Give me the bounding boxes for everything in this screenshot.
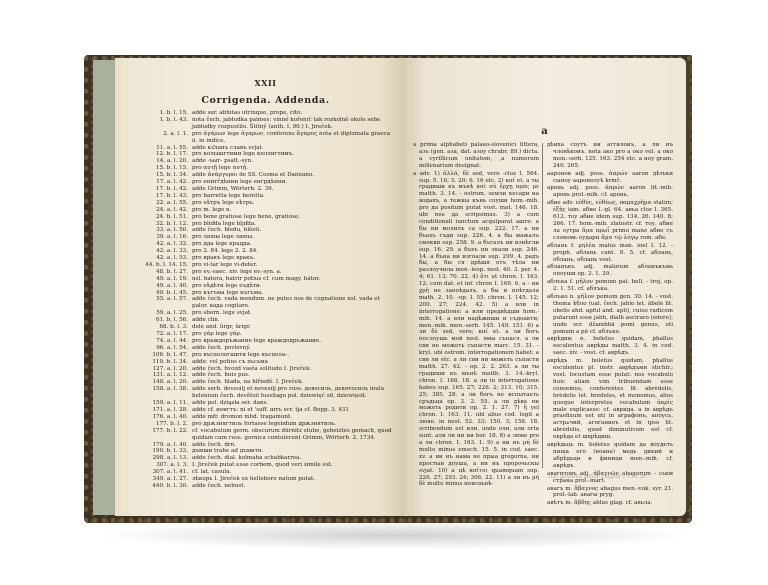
- entry-reference: 32. b. l. 12.: [140, 221, 192, 228]
- entry-reference: 22. a. l. 55.: [140, 200, 192, 207]
- entry-reference: 17. b. l. 43.: [140, 193, 192, 200]
- entry-reference: 48. b. l. 27.: [140, 269, 192, 276]
- entry-reference: 127. a. l. 20.: [140, 366, 192, 373]
- entry-text: adde cf. неигтъ: ni et 'suff. штъ scr. t…: [192, 407, 395, 414]
- corrigenda-entry: 349. a. l. 27.лѣкорь I. Jireček ex helle…: [140, 476, 395, 483]
- entry-text: nota čech. jabłudka palmes: vinné kořeni…: [192, 117, 395, 131]
- corrigenda-entry: 49. a. l. 40.pro еѣдѣти lege еъдѣти.: [140, 283, 395, 290]
- corrigenda-entry: 1. b. l. 15.adde ser. abhitas utrinque, …: [140, 110, 395, 117]
- entry-reference: 17. b. l. 42.: [140, 186, 192, 193]
- corrigenda-entry: 158. a. l. 38.adde serb. devesilj et nev…: [140, 386, 395, 400]
- entry-reference: 1. b. l. 43.: [140, 117, 192, 131]
- entry-text: pro bene gratiose lege bene, gratiose.: [192, 214, 395, 221]
- entry-text: pro ev.-saec. xiv. lege ev.-syn. a.: [192, 269, 395, 276]
- entry-text: pro barretta lege beretta.: [192, 193, 395, 200]
- entry-reference: 49. a. l. 19.: [140, 276, 192, 283]
- entry-reference: 119. b. l. 34.: [140, 359, 192, 366]
- entry-text: adde čech. povlovný.: [192, 345, 395, 352]
- entry-text: adde čech. hlada, na hlřiedě. I. Jireček…: [192, 379, 395, 386]
- corrigenda-entry: 42. a. l. 53.pro вракъ lege вракъ.: [140, 255, 395, 262]
- corrigenda-entry: 171. a. l. 28.adde cf. неигтъ: ni et 'su…: [140, 407, 395, 414]
- entry-text: I. Jireček putat esse corbem, quod veri …: [192, 462, 395, 469]
- entry-reference: 1. b. l. 15.: [140, 110, 192, 117]
- corrigenda-entry: 55. a. l. 57.adde čech. vada mendum. ne …: [140, 296, 395, 310]
- corrigenda-entry: 17. b. l. 43.pro barretta lege beretta.: [140, 193, 395, 200]
- entry-text: pro люпы lege люпы.: [192, 234, 395, 241]
- entry-reference: 176. a. l. 40.: [140, 414, 192, 421]
- entry-reference: 24. b. l. 51.: [140, 214, 192, 221]
- dictionary-entry: аблъка f. μῆλον pomum pat. bell. - troj.…: [547, 279, 673, 293]
- corrigenda-entry: 61. b. l. 56.adde clin.: [140, 317, 395, 324]
- entry-text: pro дрѫзнягтиль fortasse legendum дрѫзня…: [192, 421, 395, 428]
- corrigenda-entry: 22. a. l. 55.pro еѣтръ lege еѣтръ.: [140, 200, 395, 207]
- entry-reference: 2. a. l. 1.: [140, 131, 192, 145]
- corrigenda-entry: 307. a. l. 41.cf. lat. casula.: [140, 469, 395, 476]
- entry-reference: 42. a. l. 33.: [140, 248, 192, 255]
- entry-reference: 17. a. l. 42.: [140, 179, 192, 186]
- corrigenda-entry: 1. b. l. 43.nota čech. jabłudka palmes: …: [140, 117, 395, 131]
- entry-reference: 49. a. l. 40.: [140, 283, 192, 290]
- corrigenda-entry: 24. a. l. 42.pro m. lege n.: [140, 207, 395, 214]
- page-number: XXII: [128, 78, 403, 88]
- corrigenda-entry: 176. a. l. 40.adde mfr. dromon mhd. trag…: [140, 414, 395, 421]
- corrigenda-entry: 74. a. l. 44.pro враждоръжание lege враж…: [140, 338, 395, 345]
- entry-reference: 307. a. l. 3.: [140, 462, 192, 469]
- pencil-annotation: a.d. gahodita pabun Zoygraf 1 s.v.t. pr.: [549, 474, 647, 480]
- corrigenda-entry: 148. a. l. 20.adde čech. hlada, na hlřie…: [140, 379, 395, 386]
- corrigenda-entry: 68. b. l. 3.dele and. ûrgr, ûrigr.: [140, 324, 395, 331]
- entry-reference: 24. a. l. 42.: [140, 207, 192, 214]
- corrigenda-entry: 24. b. l. 51.pro bene gratiose lege bene…: [140, 214, 395, 221]
- corrigenda-entry: 177. b. l. 2.pro дрѫзнягтиль fortasse le…: [140, 421, 395, 428]
- entry-text: cf. lat. casula.: [192, 469, 395, 476]
- entry-text: adde čech. bledu, blěstí.: [192, 227, 395, 234]
- book-shadow: [95, 520, 695, 550]
- entry-reference: 59. a. l. 25.: [140, 310, 192, 317]
- corrigenda-entry: 127. a. l. 20.adde čech. hvozd vasta sol…: [140, 366, 395, 373]
- dictionary-entry: ааронов adj. poss. ἀαρών aaron дѣтьки сы…: [547, 171, 673, 185]
- entry-text: adde ser. abhitas utrinque, prope, cito.: [192, 110, 395, 117]
- corrigenda-entry: 12. b. l. 17.pro колышгтими lege коллигт…: [140, 151, 395, 158]
- entry-reference: 61. b. l. 56.: [140, 317, 192, 324]
- entry-reference: 440. b. l. 30.: [140, 483, 192, 490]
- dictionary-column-2: дѣиха соутъ ни аггилоиъ, а ли нъ чловѣко…: [547, 142, 673, 508]
- entry-reference: 177. b. l. 2.: [140, 421, 192, 428]
- entry-reference: 33. a. l. 50.: [140, 227, 192, 234]
- dictionary-entry: а adv. 1) ἀλλά, δὲ sed, vero -cloz I. 56…: [413, 171, 539, 489]
- entry-reference: 15. b. l. 15.: [140, 165, 192, 172]
- dictionary-entry: аврѣдъ m. boletus quidam, phallus escule…: [547, 358, 673, 441]
- dictionary-entry: а prima alphabeti palaeo-slovenici litte…: [413, 142, 539, 170]
- dictionary-entry: аврѣдьць m. boletus quidam да воудеть пи…: [547, 442, 673, 470]
- entry-text: adde къ͆ланъ славъ svjat.: [192, 145, 395, 152]
- entry-text: nsl. batera, batrir potius cf. cum magy.…: [192, 276, 395, 283]
- entry-reference: 159. a. l. 11.: [140, 400, 192, 407]
- dictionary-entry: абие adv. εὐθύς, εὐθέως, παραχρῆμα stati…: [547, 200, 673, 241]
- entry-text: adde Grimm, Wörterb. 2. 39.: [192, 186, 395, 193]
- entry-reference: 39. a. l. 16.: [140, 234, 192, 241]
- entry-text: pro еѣдѣти lege еъдѣти.: [192, 283, 395, 290]
- left-page: XXII Corrigenda. Addenda. 1. b. l. 15.ad…: [128, 58, 403, 516]
- corrigenda-entry: 59. a. l. 25.pro sborn. lege svjat.: [140, 310, 395, 317]
- corrigenda-entry: 119. b. l. 34.adde: vel potius съ пьсьма: [140, 359, 395, 366]
- corrigenda-entry: 440. b. l. 30.adde čech. nebust.: [140, 483, 395, 490]
- entry-reference: 349. a. l. 27.: [140, 476, 192, 483]
- dictionary-entry: авѣтъ m. ἄβδης ablus glag. cf. авьла.: [547, 500, 673, 507]
- corrigenda-entry: 32. b. l. 12.pro bliďda lege bljďda.: [140, 221, 395, 228]
- entry-reference: 72. a. l. 17.: [140, 331, 192, 338]
- entry-text: pro дда lege крадда.: [192, 241, 395, 248]
- corrigenda-entry: 106. b. l. 47.pro въспологшити lege въсп…: [140, 352, 395, 359]
- dictionary-entry: абланъкъ adj. malorum абланъкъмь опоуши …: [547, 264, 673, 278]
- corrigenda-entry: 72. a. l. 17.pro γάρ lege γάρ.: [140, 331, 395, 338]
- entry-text: лѣкорь I. Jireček ex helleboro natum put…: [192, 476, 395, 483]
- entry-reference: 179. a. l. 40.: [140, 442, 192, 449]
- entry-text: adde -ъыг- psalt.-syn.: [192, 158, 395, 165]
- corrigenda-entry: 2. a. l. 1.pro ἀγάρων lege ἀγαρων, confe…: [140, 131, 395, 145]
- entry-text: pro γάρ lege γάρ.: [192, 331, 395, 338]
- entry-text: adde serb. devesilj et nevesilj pro russ…: [192, 386, 395, 400]
- corrigenda-entry: 33. a. l. 50.adde čech. bledu, blěstí.: [140, 227, 395, 234]
- entry-text: pro въспологшити lege въспола-.: [192, 352, 395, 359]
- entry-reference: 307. a. l. 41.: [140, 469, 192, 476]
- dictionary-entry: аблъко n. μῆλον pomum gen. 30. 14. - vos…: [547, 294, 673, 335]
- entry-text: pro еѣтръ lege еѣтръ.: [192, 200, 395, 207]
- entry-text: adde čech. drn.: [192, 442, 395, 449]
- dictionary-entry: дѣиха соутъ ни аггилоиъ, а ли нъ чловѣко…: [547, 142, 673, 170]
- entry-reference: 68. b. l. 3.: [140, 324, 192, 331]
- entry-reference: 44. b. l. 14. 15.: [140, 262, 192, 269]
- entry-reference: 42. a. l. 53.: [140, 255, 192, 262]
- corrigenda-entry: 48. b. l. 27.pro ev.-saec. xiv. lege ev.…: [140, 269, 395, 276]
- corrigenda-entry: 96. a. l. 54.adde čech. povlovný.: [140, 345, 395, 352]
- entry-reference: 49. b. l. 45.: [140, 290, 192, 297]
- corrigenda-entry: 179. a. l. 40.adde čech. drn.: [140, 442, 395, 449]
- entry-reference: 15. b. l. 34.: [140, 172, 192, 179]
- corrigenda-entry: 17. b. l. 42.adde Grimm, Wörterb. 2. 39.: [140, 186, 395, 193]
- entry-text: pro 2. 84. lege 2. 2. 84.: [192, 248, 395, 255]
- entry-reference: 148. a. l. 20.: [140, 379, 192, 386]
- dictionary-entry: авагъ m. ἄβαγνος abagus men.-vuk. syr. 2…: [547, 486, 673, 500]
- entry-reference: 298. a. l. 13.: [140, 455, 192, 462]
- entry-reference: 12. b. l. 17.: [140, 151, 192, 158]
- corrigenda-entry: 42. a. l. 33.pro 2. 84. lege 2. 2. 84.: [140, 248, 395, 255]
- entry-text: pro вракъ lege вракъ.: [192, 255, 395, 262]
- entry-text: adde: vel potius съ пьсьма: [192, 359, 395, 366]
- page-title: Corrigenda. Addenda.: [128, 95, 403, 106]
- entry-reference: 106. b. l. 47.: [140, 352, 192, 359]
- dictionary-entry: аронь adj. poss. ἀαρών aaron lit.-mih. а…: [547, 185, 673, 199]
- column-divider: [542, 143, 543, 468]
- entry-reference: 14. a. l. 20.: [140, 158, 192, 165]
- corrigenda-entry: 49. a. l. 19.nsl. batera, batrir potius …: [140, 276, 395, 283]
- corrigenda-entry: 11. a. l. 55.adde къ͆ланъ славъ svjat.: [140, 145, 395, 152]
- dictionary-column-1: а prima alphabeti palaeo-slovenici litte…: [413, 142, 539, 489]
- entry-reference: 42. a. l. 32.: [140, 241, 192, 248]
- entry-text: adde mfr. dromon mhd. tragamunt.: [192, 414, 395, 421]
- right-page: а а prima alphabeti palaeo-slovenici lit…: [403, 58, 686, 516]
- corrigenda-entry: 14. a. l. 20.adde -ъыг- psalt.-syn.: [140, 158, 395, 165]
- entry-reference: 177. b. l. 22.: [140, 428, 192, 442]
- entry-reference: 171. a. l. 28.: [140, 407, 192, 414]
- corrigenda-entry: 44. b. l. 14. 15.pro vi-tar lege vi-dete…: [140, 262, 395, 269]
- entry-text: cf. vocabulum germ. obscurum dürnitz stu…: [192, 428, 395, 442]
- entry-text: adde čech. nebust.: [192, 483, 395, 490]
- entry-reference: 158. a. l. 38.: [140, 386, 192, 400]
- corrigenda-entry: 177. b. l. 22.cf. vocabulum germ. obscur…: [140, 428, 395, 442]
- entry-text: pro vi-tar lege vi-deter.: [192, 262, 395, 269]
- section-letter: а: [403, 126, 686, 137]
- entry-reference: 11. a. l. 55.: [140, 145, 192, 152]
- corrigenda-entry: 42. a. l. 32.pro дда lege крадда.: [140, 241, 395, 248]
- entry-text: pro колышгтими lege коллигтимъ.: [192, 151, 395, 158]
- entry-text: pro m. lege n.: [192, 207, 395, 214]
- entry-text: adde pol. dziąsła ser. dans.: [192, 400, 395, 407]
- entry-text: pro враждоръжание lege враждодръжание.: [192, 338, 395, 345]
- entry-text: pro енитг̑дѣнии lege енгрдѣнии.: [192, 179, 395, 186]
- corrigenda-entry: 159. a. l. 11.adde pol. dziąsła ser. dan…: [140, 400, 395, 407]
- entry-reference: 190. b. l. 33.: [140, 448, 192, 455]
- corrigenda-list: 1. b. l. 15.adde ser. abhitas utrinque, …: [140, 110, 395, 490]
- corrigenda-entry: 39. a. l. 16.pro люпы lege люпы.: [140, 234, 395, 241]
- corrigenda-entry: 17. a. l. 42.pro енитг̑дѣнии lege енгрдѣ…: [140, 179, 395, 186]
- entry-text: pro sborn. lege svjat.: [192, 310, 395, 317]
- entry-text: pro ἀγάρων lege ἀγαρων, conferens ἄγαρος…: [192, 131, 395, 145]
- entry-text: dele and. ûrgr, ûrigr.: [192, 324, 395, 331]
- entry-reference: 74. a. l. 44.: [140, 338, 192, 345]
- dictionary-entry: аврѣдиѥ n. boletus quidam, phallus escul…: [547, 336, 673, 357]
- entry-text: adde čech. vada mendum. ne putes nos de …: [192, 296, 395, 310]
- entry-reference: 55. a. l. 57.: [140, 296, 192, 310]
- entry-reference: 131. a. l. 12.: [140, 372, 192, 379]
- dictionary-entry: аблань f. μηλέα malus man. ioel I. 12. -…: [547, 243, 673, 264]
- corrigenda-entry: 307. a. l. 3.I. Jireček putat esse corbe…: [140, 462, 395, 469]
- entry-reference: 96. a. l. 54.: [140, 345, 192, 352]
